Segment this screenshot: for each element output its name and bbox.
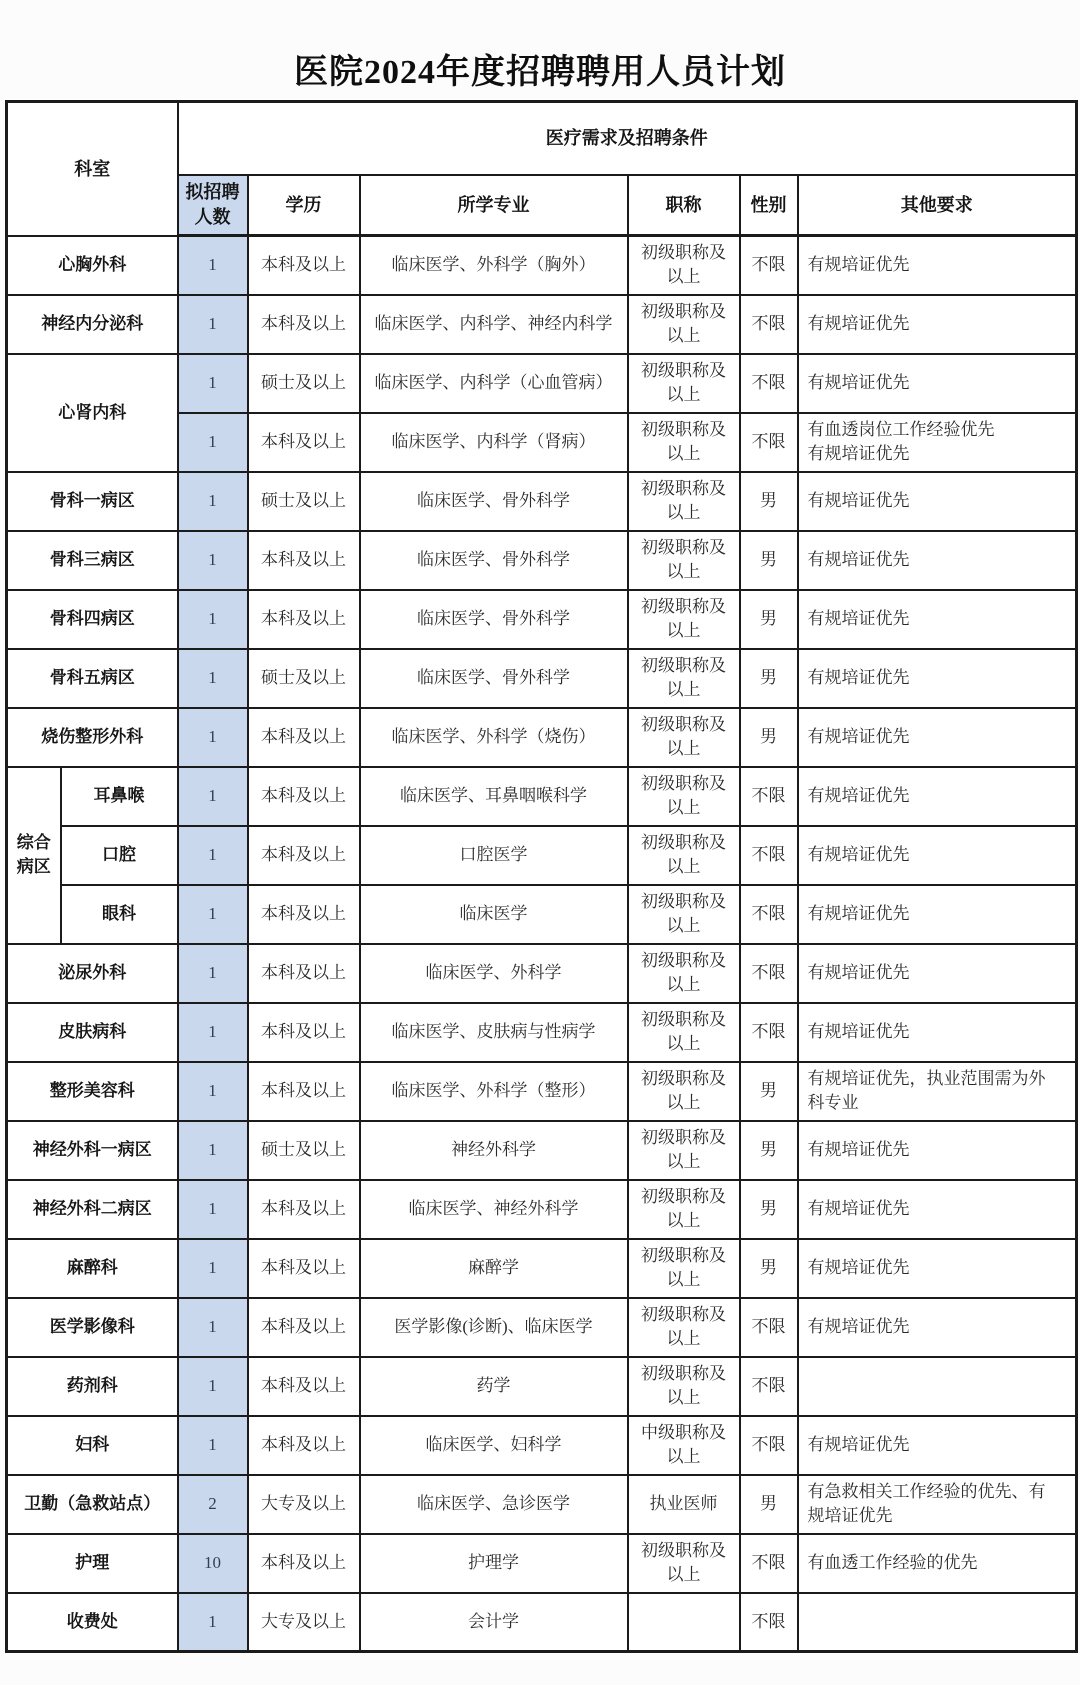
cell-job-title: 初级职称及 以上	[628, 590, 740, 649]
cell-other: 有规培证优先	[798, 1180, 1077, 1239]
cell-major: 神经外科学	[360, 1121, 628, 1180]
table-row: 口腔1本科及以上口腔医学初级职称及 以上不限有规培证优先	[7, 826, 1077, 885]
cell-major: 临床医学、神经外科学	[360, 1180, 628, 1239]
cell-gender: 不限	[740, 1416, 798, 1475]
cell-count: 1	[178, 1121, 248, 1180]
cell-major: 临床医学、骨外科学	[360, 649, 628, 708]
cell-major: 临床医学、外科学（整形）	[360, 1062, 628, 1121]
cell-count: 1	[178, 1180, 248, 1239]
cell-dept: 整形美容科	[7, 1062, 178, 1121]
table-row: 综合 病区耳鼻喉1本科及以上临床医学、耳鼻咽喉科学初级职称及 以上不限有规培证优…	[7, 767, 1077, 826]
cell-job-title: 初级职称及 以上	[628, 1357, 740, 1416]
cell-count: 1	[178, 944, 248, 1003]
header-job-title: 职称	[628, 175, 740, 236]
cell-major: 临床医学、外科学（烧伤）	[360, 708, 628, 767]
cell-gender: 男	[740, 708, 798, 767]
cell-count: 1	[178, 1003, 248, 1062]
cell-major: 临床医学、内科学、神经内科学	[360, 295, 628, 354]
header-dept: 科室	[7, 102, 178, 236]
cell-job-title: 初级职称及 以上	[628, 1121, 740, 1180]
cell-job-title: 初级职称及 以上	[628, 1062, 740, 1121]
cell-job-title: 初级职称及 以上	[628, 1180, 740, 1239]
cell-count: 1	[178, 1062, 248, 1121]
cell-job-title: 初级职称及 以上	[628, 413, 740, 472]
cell-gender: 不限	[740, 767, 798, 826]
cell-education: 本科及以上	[248, 1298, 360, 1357]
cell-gender: 男	[740, 1062, 798, 1121]
table-row: 眼科1本科及以上临床医学初级职称及 以上不限有规培证优先	[7, 885, 1077, 944]
cell-dept: 神经外科二病区	[7, 1180, 178, 1239]
cell-count: 1	[178, 531, 248, 590]
cell-education: 硕士及以上	[248, 1121, 360, 1180]
cell-count: 1	[178, 767, 248, 826]
table-row: 神经外科二病区1本科及以上临床医学、神经外科学初级职称及 以上男有规培证优先	[7, 1180, 1077, 1239]
cell-job-title: 初级职称及 以上	[628, 354, 740, 413]
cell-other: 有规培证优先	[798, 236, 1077, 295]
cell-count: 1	[178, 885, 248, 944]
cell-job-title: 初级职称及 以上	[628, 472, 740, 531]
cell-other: 有规培证优先	[798, 885, 1077, 944]
cell-count: 2	[178, 1475, 248, 1534]
cell-other: 有规培证优先	[798, 354, 1077, 413]
cell-major: 口腔医学	[360, 826, 628, 885]
cell-gender: 不限	[740, 1298, 798, 1357]
cell-major: 临床医学、妇科学	[360, 1416, 628, 1475]
cell-dept: 药剂科	[7, 1357, 178, 1416]
cell-dept: 烧伤整形外科	[7, 708, 178, 767]
cell-job-title: 中级职称及 以上	[628, 1416, 740, 1475]
cell-major: 麻醉学	[360, 1239, 628, 1298]
table-row: 骨科三病区1本科及以上临床医学、骨外科学初级职称及 以上男有规培证优先	[7, 531, 1077, 590]
cell-count: 1	[178, 236, 248, 295]
cell-other: 有规培证优先	[798, 472, 1077, 531]
cell-major: 会计学	[360, 1593, 628, 1652]
cell-count: 1	[178, 1416, 248, 1475]
cell-major: 临床医学、骨外科学	[360, 590, 628, 649]
table-row: 收费处1大专及以上会计学不限	[7, 1593, 1077, 1652]
cell-gender: 不限	[740, 236, 798, 295]
cell-subdept: 耳鼻喉	[61, 767, 178, 826]
cell-education: 硕士及以上	[248, 472, 360, 531]
cell-gender: 不限	[740, 885, 798, 944]
cell-count: 10	[178, 1534, 248, 1593]
cell-job-title: 初级职称及 以上	[628, 767, 740, 826]
cell-job-title: 初级职称及 以上	[628, 531, 740, 590]
cell-gender: 不限	[740, 1534, 798, 1593]
cell-job-title: 初级职称及 以上	[628, 1239, 740, 1298]
cell-education: 本科及以上	[248, 826, 360, 885]
header-gender: 性别	[740, 175, 798, 236]
cell-count: 1	[178, 708, 248, 767]
cell-job-title: 初级职称及 以上	[628, 1534, 740, 1593]
table-row: 护理10本科及以上护理学初级职称及 以上不限有血透工作经验的优先	[7, 1534, 1077, 1593]
cell-gender: 男	[740, 472, 798, 531]
cell-dept: 收费处	[7, 1593, 178, 1652]
cell-dept: 妇科	[7, 1416, 178, 1475]
cell-dept: 骨科四病区	[7, 590, 178, 649]
cell-job-title: 初级职称及 以上	[628, 708, 740, 767]
table-row: 神经外科一病区1硕士及以上神经外科学初级职称及 以上男有规培证优先	[7, 1121, 1077, 1180]
cell-count: 1	[178, 354, 248, 413]
cell-education: 本科及以上	[248, 1003, 360, 1062]
cell-education: 本科及以上	[248, 708, 360, 767]
header-other: 其他要求	[798, 175, 1077, 236]
cell-education: 本科及以上	[248, 767, 360, 826]
cell-count: 1	[178, 1298, 248, 1357]
cell-dept-group: 综合 病区	[7, 767, 61, 944]
cell-job-title: 初级职称及 以上	[628, 826, 740, 885]
cell-education: 本科及以上	[248, 1180, 360, 1239]
cell-major: 临床医学、急诊医学	[360, 1475, 628, 1534]
cell-dept: 神经内分泌科	[7, 295, 178, 354]
cell-count: 1	[178, 826, 248, 885]
header-education: 学历	[248, 175, 360, 236]
cell-gender: 男	[740, 1239, 798, 1298]
cell-other: 有规培证优先	[798, 708, 1077, 767]
cell-job-title: 初级职称及 以上	[628, 1298, 740, 1357]
header-group: 医疗需求及招聘条件	[178, 102, 1077, 175]
table-header: 科室 医疗需求及招聘条件 拟招聘 人数 学历 所学专业 职称 性别 其他要求	[7, 102, 1077, 236]
cell-gender: 不限	[740, 1593, 798, 1652]
cell-other: 有规培证优先	[798, 1416, 1077, 1475]
cell-count: 1	[178, 1357, 248, 1416]
cell-education: 本科及以上	[248, 1534, 360, 1593]
cell-major: 护理学	[360, 1534, 628, 1593]
cell-other: 有规培证优先	[798, 1298, 1077, 1357]
cell-dept: 皮肤病科	[7, 1003, 178, 1062]
header-major: 所学专业	[360, 175, 628, 236]
cell-dept: 心胸外科	[7, 236, 178, 295]
cell-gender: 不限	[740, 944, 798, 1003]
cell-major: 临床医学、骨外科学	[360, 472, 628, 531]
cell-other: 有规培证优先	[798, 531, 1077, 590]
cell-other: 有血透工作经验的优先	[798, 1534, 1077, 1593]
cell-count: 1	[178, 1239, 248, 1298]
cell-major: 临床医学、内科学（肾病）	[360, 413, 628, 472]
cell-education: 本科及以上	[248, 1416, 360, 1475]
cell-education: 本科及以上	[248, 944, 360, 1003]
cell-gender: 男	[740, 649, 798, 708]
cell-count: 1	[178, 295, 248, 354]
cell-major: 临床医学、皮肤病与性病学	[360, 1003, 628, 1062]
cell-job-title: 初级职称及 以上	[628, 236, 740, 295]
cell-dept: 骨科三病区	[7, 531, 178, 590]
table-row: 心肾内科1硕士及以上临床医学、内科学（心血管病）初级职称及 以上不限有规培证优先	[7, 354, 1077, 413]
table-row: 心胸外科1本科及以上临床医学、外科学（胸外）初级职称及 以上不限有规培证优先	[7, 236, 1077, 295]
cell-dept: 医学影像科	[7, 1298, 178, 1357]
cell-major: 临床医学、外科学（胸外）	[360, 236, 628, 295]
cell-education: 硕士及以上	[248, 354, 360, 413]
cell-education: 大专及以上	[248, 1593, 360, 1652]
cell-other: 有规培证优先	[798, 649, 1077, 708]
cell-education: 本科及以上	[248, 413, 360, 472]
cell-dept: 麻醉科	[7, 1239, 178, 1298]
cell-job-title: 初级职称及 以上	[628, 295, 740, 354]
cell-gender: 男	[740, 1475, 798, 1534]
cell-other: 有规培证优先	[798, 1003, 1077, 1062]
table-row: 妇科1本科及以上临床医学、妇科学中级职称及 以上不限有规培证优先	[7, 1416, 1077, 1475]
cell-other: 有规培证优先	[798, 767, 1077, 826]
table-row: 神经内分泌科1本科及以上临床医学、内科学、神经内科学初级职称及 以上不限有规培证…	[7, 295, 1077, 354]
table-row: 烧伤整形外科1本科及以上临床医学、外科学（烧伤）初级职称及 以上男有规培证优先	[7, 708, 1077, 767]
cell-dept: 心肾内科	[7, 354, 178, 472]
cell-subdept: 口腔	[61, 826, 178, 885]
page-title: 医院2024年度招聘聘用人员计划	[0, 44, 1080, 93]
cell-other: 有急救相关工作经验的优先、有 规培证优先	[798, 1475, 1077, 1534]
cell-education: 本科及以上	[248, 885, 360, 944]
cell-other	[798, 1357, 1077, 1416]
table-row: 整形美容科1本科及以上临床医学、外科学（整形）初级职称及 以上男有规培证优先，执…	[7, 1062, 1077, 1121]
table-body: 心胸外科1本科及以上临床医学、外科学（胸外）初级职称及 以上不限有规培证优先神经…	[7, 236, 1077, 1652]
cell-dept: 护理	[7, 1534, 178, 1593]
cell-other: 有规培证优先	[798, 590, 1077, 649]
cell-education: 本科及以上	[248, 1239, 360, 1298]
cell-job-title: 初级职称及 以上	[628, 649, 740, 708]
table-row: 药剂科1本科及以上药学初级职称及 以上不限	[7, 1357, 1077, 1416]
cell-count: 1	[178, 649, 248, 708]
cell-count: 1	[178, 590, 248, 649]
cell-gender: 男	[740, 1121, 798, 1180]
cell-major: 临床医学、外科学	[360, 944, 628, 1003]
cell-major: 医学影像(诊断)、临床医学	[360, 1298, 628, 1357]
cell-other: 有规培证优先	[798, 944, 1077, 1003]
cell-job-title: 执业医师	[628, 1475, 740, 1534]
table-row: 骨科一病区1硕士及以上临床医学、骨外科学初级职称及 以上男有规培证优先	[7, 472, 1077, 531]
cell-job-title: 初级职称及 以上	[628, 885, 740, 944]
cell-gender: 不限	[740, 1003, 798, 1062]
recruitment-plan-page: 医院2024年度招聘聘用人员计划 科室 医疗需求及招聘条件 拟招聘 人数 学历 …	[0, 0, 1080, 1685]
cell-education: 本科及以上	[248, 1357, 360, 1416]
cell-major: 药学	[360, 1357, 628, 1416]
cell-dept: 骨科一病区	[7, 472, 178, 531]
cell-count: 1	[178, 472, 248, 531]
cell-dept: 神经外科一病区	[7, 1121, 178, 1180]
table-row: 泌尿外科1本科及以上临床医学、外科学初级职称及 以上不限有规培证优先	[7, 944, 1077, 1003]
cell-other: 有规培证优先	[798, 1121, 1077, 1180]
cell-education: 本科及以上	[248, 295, 360, 354]
table-row: 骨科五病区1硕士及以上临床医学、骨外科学初级职称及 以上男有规培证优先	[7, 649, 1077, 708]
cell-major: 临床医学、骨外科学	[360, 531, 628, 590]
cell-dept: 卫勤（急救站点）	[7, 1475, 178, 1534]
cell-other: 有规培证优先	[798, 826, 1077, 885]
cell-job-title: 初级职称及 以上	[628, 944, 740, 1003]
cell-other	[798, 1593, 1077, 1652]
cell-dept: 泌尿外科	[7, 944, 178, 1003]
cell-education: 大专及以上	[248, 1475, 360, 1534]
cell-major: 临床医学、耳鼻咽喉科学	[360, 767, 628, 826]
cell-major: 临床医学	[360, 885, 628, 944]
cell-gender: 不限	[740, 413, 798, 472]
cell-other: 有规培证优先	[798, 1239, 1077, 1298]
cell-gender: 不限	[740, 354, 798, 413]
cell-other: 有血透岗位工作经验优先 有规培证优先	[798, 413, 1077, 472]
header-count: 拟招聘 人数	[178, 175, 248, 236]
cell-job-title: 初级职称及 以上	[628, 1003, 740, 1062]
cell-education: 本科及以上	[248, 531, 360, 590]
table-row: 医学影像科1本科及以上医学影像(诊断)、临床医学初级职称及 以上不限有规培证优先	[7, 1298, 1077, 1357]
cell-count: 1	[178, 413, 248, 472]
cell-dept: 骨科五病区	[7, 649, 178, 708]
cell-education: 本科及以上	[248, 1062, 360, 1121]
cell-education: 硕士及以上	[248, 649, 360, 708]
cell-other: 有规培证优先，执业范围需为外 科专业	[798, 1062, 1077, 1121]
cell-gender: 不限	[740, 826, 798, 885]
cell-subdept: 眼科	[61, 885, 178, 944]
cell-gender: 不限	[740, 295, 798, 354]
cell-count: 1	[178, 1593, 248, 1652]
cell-gender: 男	[740, 1180, 798, 1239]
cell-education: 本科及以上	[248, 590, 360, 649]
cell-education: 本科及以上	[248, 236, 360, 295]
table-row: 卫勤（急救站点）2大专及以上临床医学、急诊医学执业医师男有急救相关工作经验的优先…	[7, 1475, 1077, 1534]
cell-gender: 不限	[740, 1357, 798, 1416]
table-row: 麻醉科1本科及以上麻醉学初级职称及 以上男有规培证优先	[7, 1239, 1077, 1298]
cell-gender: 男	[740, 531, 798, 590]
table-row: 骨科四病区1本科及以上临床医学、骨外科学初级职称及 以上男有规培证优先	[7, 590, 1077, 649]
recruitment-plan-table: 科室 医疗需求及招聘条件 拟招聘 人数 学历 所学专业 职称 性别 其他要求 心…	[5, 100, 1078, 1653]
table-row: 皮肤病科1本科及以上临床医学、皮肤病与性病学初级职称及 以上不限有规培证优先	[7, 1003, 1077, 1062]
cell-major: 临床医学、内科学（心血管病）	[360, 354, 628, 413]
cell-other: 有规培证优先	[798, 295, 1077, 354]
cell-job-title	[628, 1593, 740, 1652]
cell-gender: 男	[740, 590, 798, 649]
header-row-top: 科室 医疗需求及招聘条件	[7, 102, 1077, 175]
